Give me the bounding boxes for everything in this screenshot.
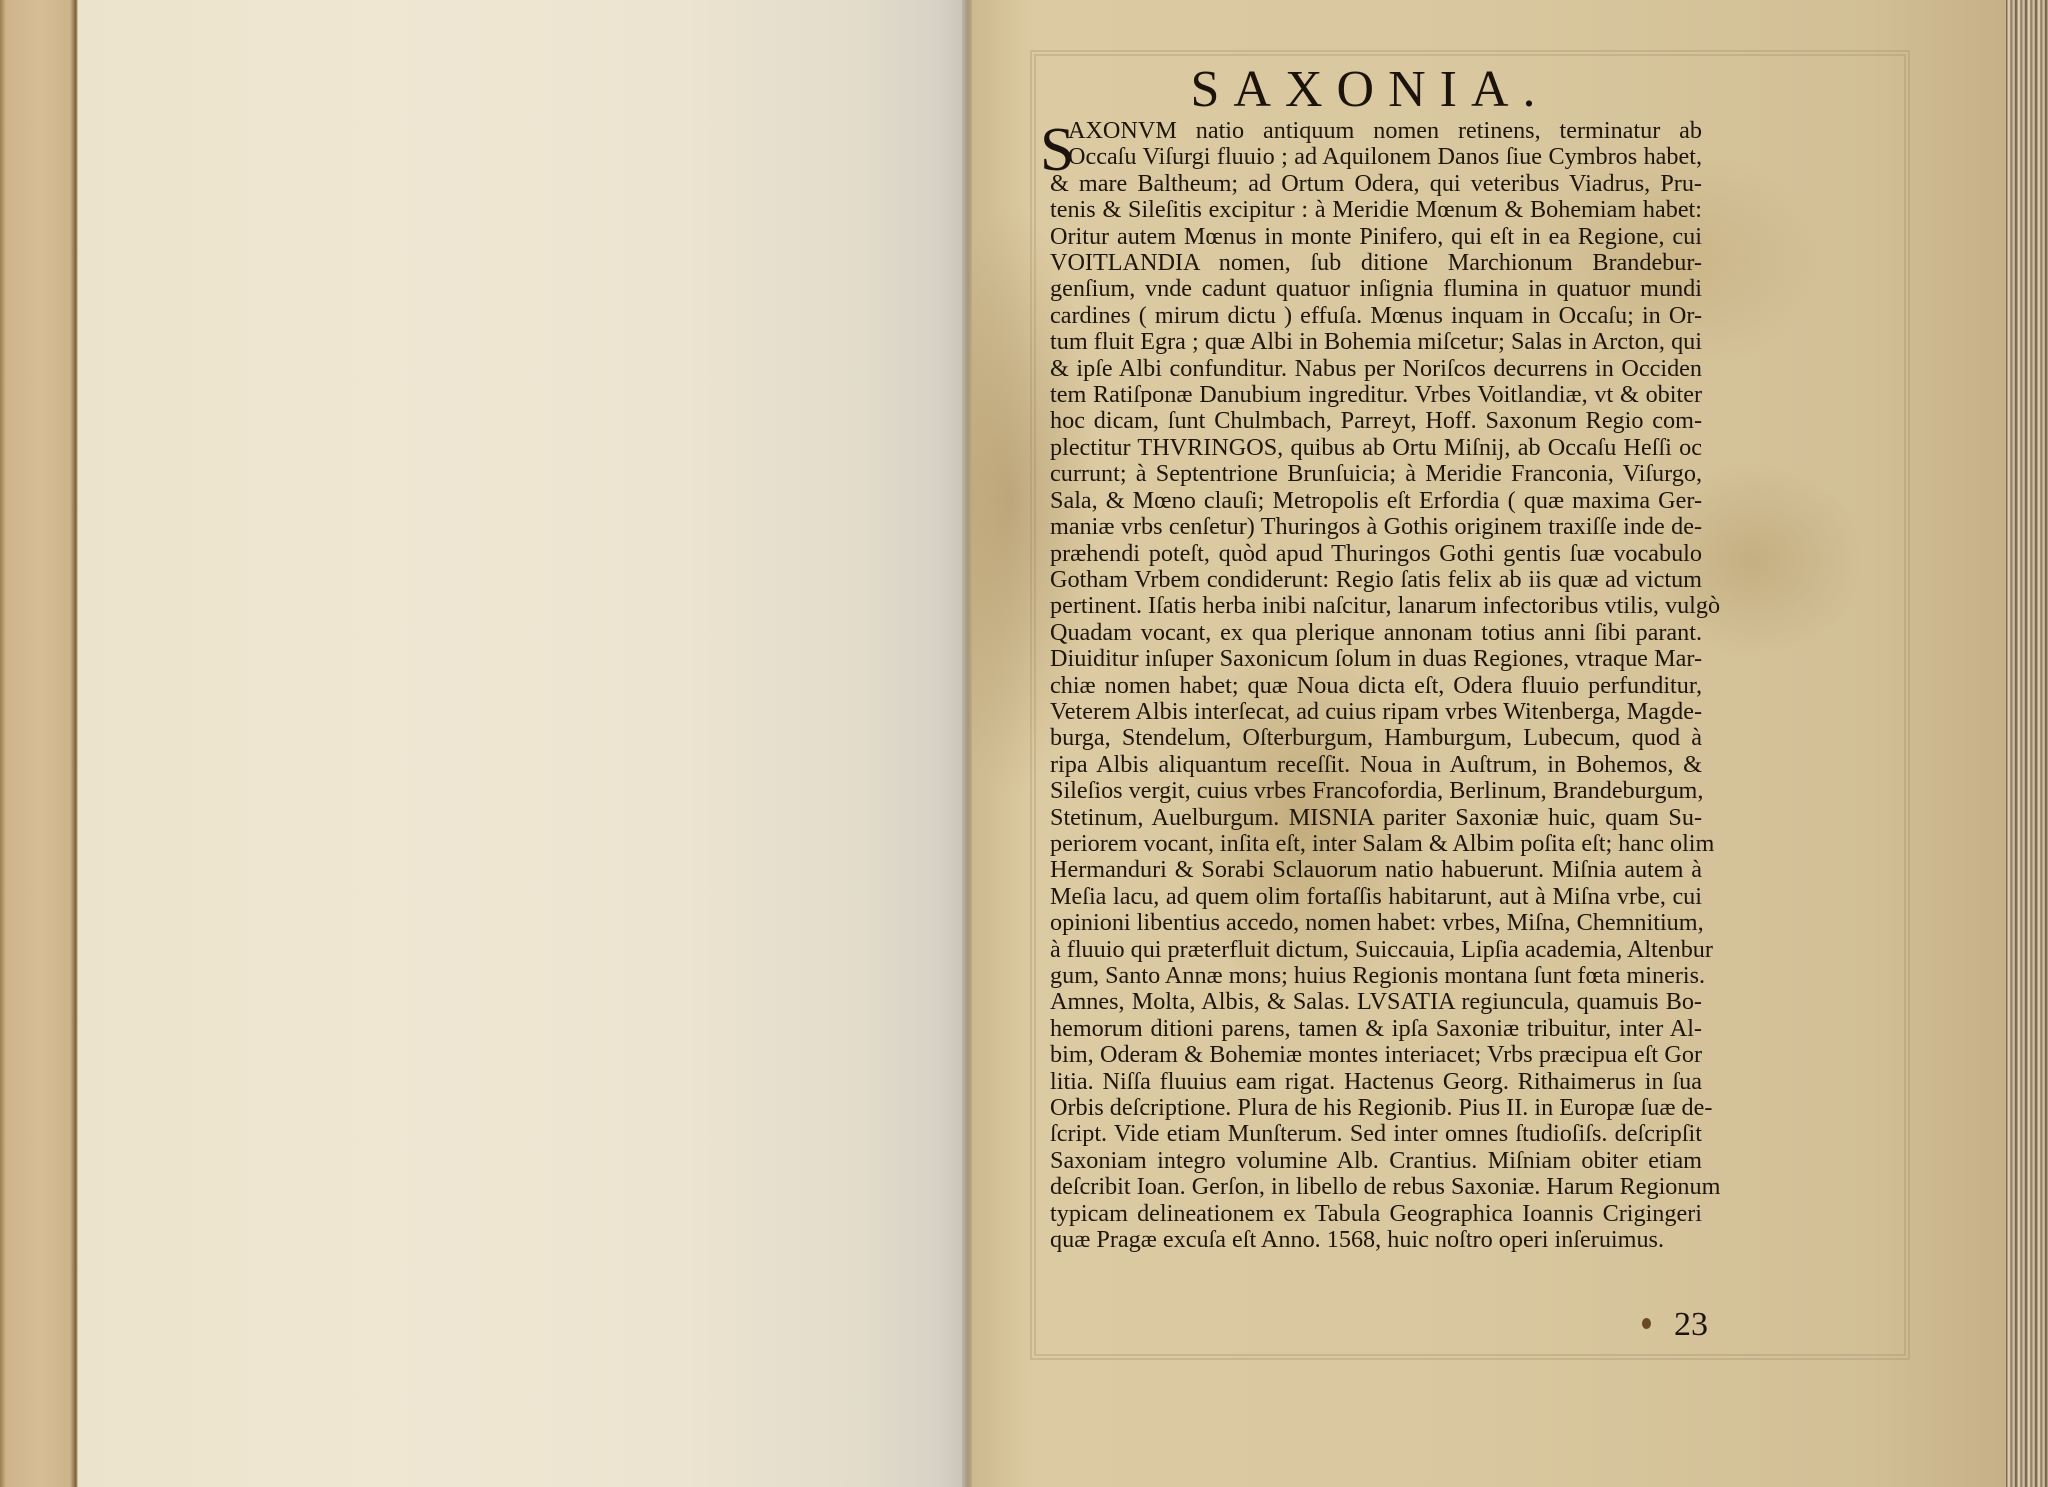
text-line: Diuiditur inſuper Saxonicum ſolum in dua… [1050, 646, 1702, 672]
text-line: Saxoniam integro volumine Alb. Crantius.… [1050, 1148, 1702, 1174]
text-line: periorem vocant, inſita eſt, inter Salam… [1050, 831, 1702, 857]
text-line: plectitur THVRINGOS, quibus ab Ortu Miſn… [1050, 435, 1702, 461]
text-line: tem Ratiſponæ Danubium ingreditur. Vrbes… [1050, 382, 1702, 408]
text-line: AXONVM natio antiquum nomen retinens, te… [1050, 118, 1702, 144]
text-line: litia. Niſſa fluuius eam rigat. Hactenus… [1050, 1069, 1702, 1095]
body-text: AXONVM natio antiquum nomen retinens, te… [1050, 118, 1702, 1253]
right-page-stack-edge [2006, 0, 2048, 1487]
text-line: Stetinum, Auelburgum. MISNIA pariter Sax… [1050, 805, 1702, 831]
left-blank-page [78, 0, 964, 1487]
text-line: Meſia lacu, ad quem olim fortaſſis habit… [1050, 884, 1702, 910]
text-line: cardines ( mirum dictu ) effuſa. Mœnus i… [1050, 303, 1702, 329]
text-line: VOITLANDIA nomen, ſub ditione Marchionum… [1050, 250, 1702, 276]
text-line: hemorum ditioni parens, tamen & ipſa Sax… [1050, 1016, 1702, 1042]
book-scan: SAXONIA. S AXONVM natio antiquum nomen r… [0, 0, 2048, 1487]
text-line: gum, Santo Annæ mons; huius Regionis mon… [1050, 963, 1702, 989]
text-line: Quadam vocant, ex qua plerique annonam t… [1050, 620, 1702, 646]
text-line: typicam delineationem ex Tabula Geograph… [1050, 1201, 1702, 1227]
text-line: Veterem Albis interſecat, ad cuius ripam… [1050, 699, 1702, 725]
text-line: currunt; à Septentrione Brunſuicia; à Me… [1050, 461, 1702, 487]
text-line: pertinent. Iſatis herba inibi naſcitur, … [1050, 593, 1702, 619]
text-line: opinioni libentius accedo, nomen habet: … [1050, 910, 1702, 936]
text-line: quæ Pragæ excuſa eſt Anno. 1568, huic no… [1050, 1227, 1702, 1253]
text-line: Orbis deſcriptione. Plura de his Regioni… [1050, 1095, 1702, 1121]
text-line: chiæ nomen habet; quæ Noua dicta eſt, Od… [1050, 673, 1702, 699]
left-book-edge [0, 0, 78, 1487]
text-line: genſium, vnde cadunt quatuor inſignia fl… [1050, 276, 1702, 302]
text-line: bim, Oderam & Bohemiæ montes interiacet;… [1050, 1042, 1702, 1068]
page-title: SAXONIA. [1180, 60, 1560, 119]
text-line: ſcript. Vide etiam Munſterum. Sed inter … [1050, 1121, 1702, 1147]
text-line: Occaſu Viſurgi fluuio ; ad Aquilonem Dan… [1050, 144, 1702, 170]
ink-stain [1642, 1318, 1651, 1329]
text-line: à fluuio qui præterfluit dictum, Suiccau… [1050, 937, 1702, 963]
text-line: burga, Stendelum, Oſterburgum, Hamburgum… [1050, 725, 1702, 751]
text-line: tenis & Sileſitis excipitur : à Meridie … [1050, 197, 1702, 223]
text-line: Sala, & Mœno clauſi; Metropolis eſt Erfo… [1050, 488, 1702, 514]
text-line: & ipſe Albi confunditur. Nabus per Noriſ… [1050, 356, 1702, 382]
text-line: hoc dicam, ſunt Chulmbach, Parreyt, Hoff… [1050, 408, 1702, 434]
text-line: Amnes, Molta, Albis, & Salas. LVSATIA re… [1050, 989, 1702, 1015]
text-line: tum fluit Egra ; quæ Albi in Bohemia miſ… [1050, 329, 1702, 355]
text-line: ripa Albis aliquantum receſſit. Noua in … [1050, 752, 1702, 778]
text-line: & mare Baltheum; ad Ortum Odera, qui vet… [1050, 171, 1702, 197]
page-number: 23 [1674, 1306, 1708, 1344]
text-line: præhendi poteſt, quòd apud Thuringos Got… [1050, 541, 1702, 567]
text-line: Gotham Vrbem condiderunt: Regio ſatis fe… [1050, 567, 1702, 593]
text-line: deſcribit Ioan. Gerſon, in libello de re… [1050, 1174, 1702, 1200]
text-line: maniæ vrbs cenſetur) Thuringos à Gothis … [1050, 514, 1702, 540]
text-line: Hermanduri & Sorabi Sclauorum natio habu… [1050, 857, 1702, 883]
text-line: Oritur autem Mœnus in monte Pinifero, qu… [1050, 224, 1702, 250]
text-line: Sileſios vergit, cuius vrbes Francofordi… [1050, 778, 1702, 804]
